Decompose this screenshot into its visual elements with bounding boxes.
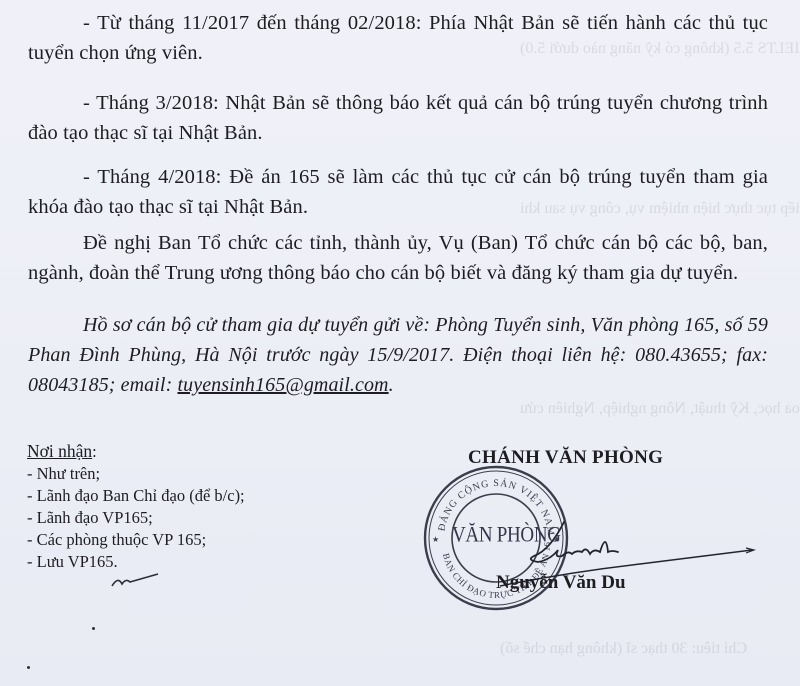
timeline-item-apr2018: - Tháng 4/2018: Đề án 165 sẽ làm các thủ… [28, 162, 768, 222]
recipients-title-colon: : [92, 442, 97, 461]
request-paragraph: Đề nghị Ban Tổ chức các tỉnh, thành ủy, … [28, 228, 768, 288]
contact-paragraph: Hồ sơ cán bộ cử tham gia dự tuyển gửi về… [28, 310, 768, 400]
contact-text: Hồ sơ cán bộ cử tham gia dự tuyển gửi về… [28, 314, 768, 396]
recipient-item: - Lãnh đạo Ban Chỉ đạo (để b/c); [27, 485, 245, 507]
recipients-title: Nơi nhận [27, 441, 92, 461]
recipient-item: - Các phòng thuộc VP 165; [27, 529, 245, 551]
recipients-heading: Nơi nhận: [27, 440, 245, 463]
recipient-item: - Lãnh đạo VP165; [27, 507, 245, 529]
signatory-name: Nguyễn Văn Du [496, 572, 626, 594]
bleed-through-text: Chỉ tiêu: 30 thạc sĩ (không hạn chế số) [500, 640, 747, 658]
bleed-through-text: công, Luật, Khoa học, Kỹ thuật, Nông ngh… [520, 400, 800, 418]
scanned-document-page: IBT 61) hoặc IELTS 5.5 (không có kỹ năng… [0, 0, 800, 686]
contact-email-link[interactable]: tuyensinh165@gmail.com [177, 374, 388, 396]
svg-text:★: ★ [432, 535, 439, 544]
timeline-item-nov2017-feb2018: - Từ tháng 11/2017 đến tháng 02/2018: Ph… [28, 8, 768, 68]
initials-mark [108, 570, 168, 590]
timeline-item-mar2018: - Tháng 3/2018: Nhật Bản sẽ thông báo kế… [28, 88, 768, 148]
recipient-item: - Như trên; [27, 463, 245, 485]
scan-speck [27, 666, 30, 669]
contact-end: . [389, 374, 394, 396]
scan-speck [92, 627, 95, 630]
recipients-block: Nơi nhận: - Như trên; - Lãnh đạo Ban Chỉ… [27, 440, 245, 573]
